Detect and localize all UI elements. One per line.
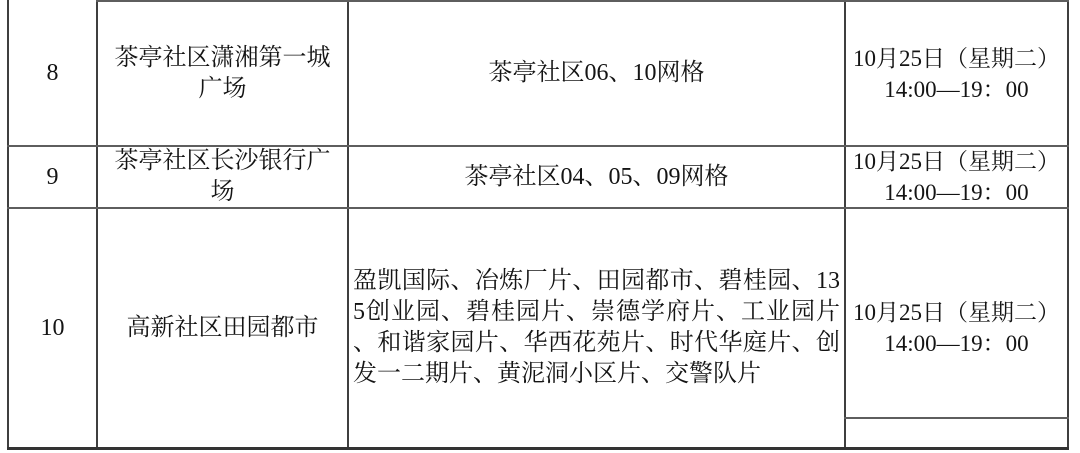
- row9-time: 14:00—19：00: [884, 177, 1028, 208]
- row8-datetime-cell: 10月25日（星期二） 14:00—19：00: [846, 1, 1067, 146]
- row8-serial-cell: 8: [9, 1, 96, 146]
- row9-site: 茶亭社区长沙银行广场: [108, 146, 337, 208]
- row9-site-cell: 茶亭社区长沙银行广场: [98, 146, 347, 208]
- table-right-border: [1067, 0, 1069, 449]
- row9-serial: 9: [47, 162, 59, 193]
- row8-site: 茶亭社区潇湘第一城广场: [108, 43, 337, 105]
- row10-site-cell: 高新社区田园都市: [98, 208, 347, 448]
- row8-date: 10月25日（星期二）: [853, 43, 1060, 74]
- testing-schedule-table: 8 茶亭社区潇湘第一城广场 茶亭社区06、10网格 10月25日（星期二） 14…: [0, 0, 1080, 453]
- row8-time: 14:00—19：00: [884, 74, 1028, 105]
- row10-serial-cell: 10: [9, 208, 96, 448]
- row10-grids-cell: 盈凯国际、冶炼厂片、田园都市、碧桂园、135创业园、碧桂园片、崇德学府片、工业园…: [349, 208, 844, 448]
- row9-date: 10月25日（星期二）: [853, 146, 1060, 177]
- row9-grids-cell: 茶亭社区04、05、09网格: [349, 146, 844, 208]
- row10-datetime-cell: 10月25日（星期二） 14:00—19：00: [846, 208, 1067, 448]
- row10-site: 高新社区田园都市: [127, 313, 319, 344]
- row9-serial-cell: 9: [9, 146, 96, 208]
- row8-grids-cell: 茶亭社区06、10网格: [349, 1, 844, 146]
- row9-grids: 茶亭社区04、05、09网格: [465, 162, 729, 193]
- row8-grids: 茶亭社区06、10网格: [489, 58, 705, 89]
- row9-datetime-cell: 10月25日（星期二） 14:00—19：00: [846, 146, 1067, 208]
- row10-date: 10月25日（星期二）: [853, 297, 1060, 328]
- row10-time: 14:00—19：00: [884, 328, 1028, 359]
- row8-site-cell: 茶亭社区潇湘第一城广场: [98, 1, 347, 146]
- row8-serial: 8: [47, 58, 59, 89]
- row10-grids: 盈凯国际、冶炼厂片、田园都市、碧桂园、135创业园、碧桂园片、崇德学府片、工业园…: [353, 266, 840, 390]
- row10-serial: 10: [41, 313, 65, 344]
